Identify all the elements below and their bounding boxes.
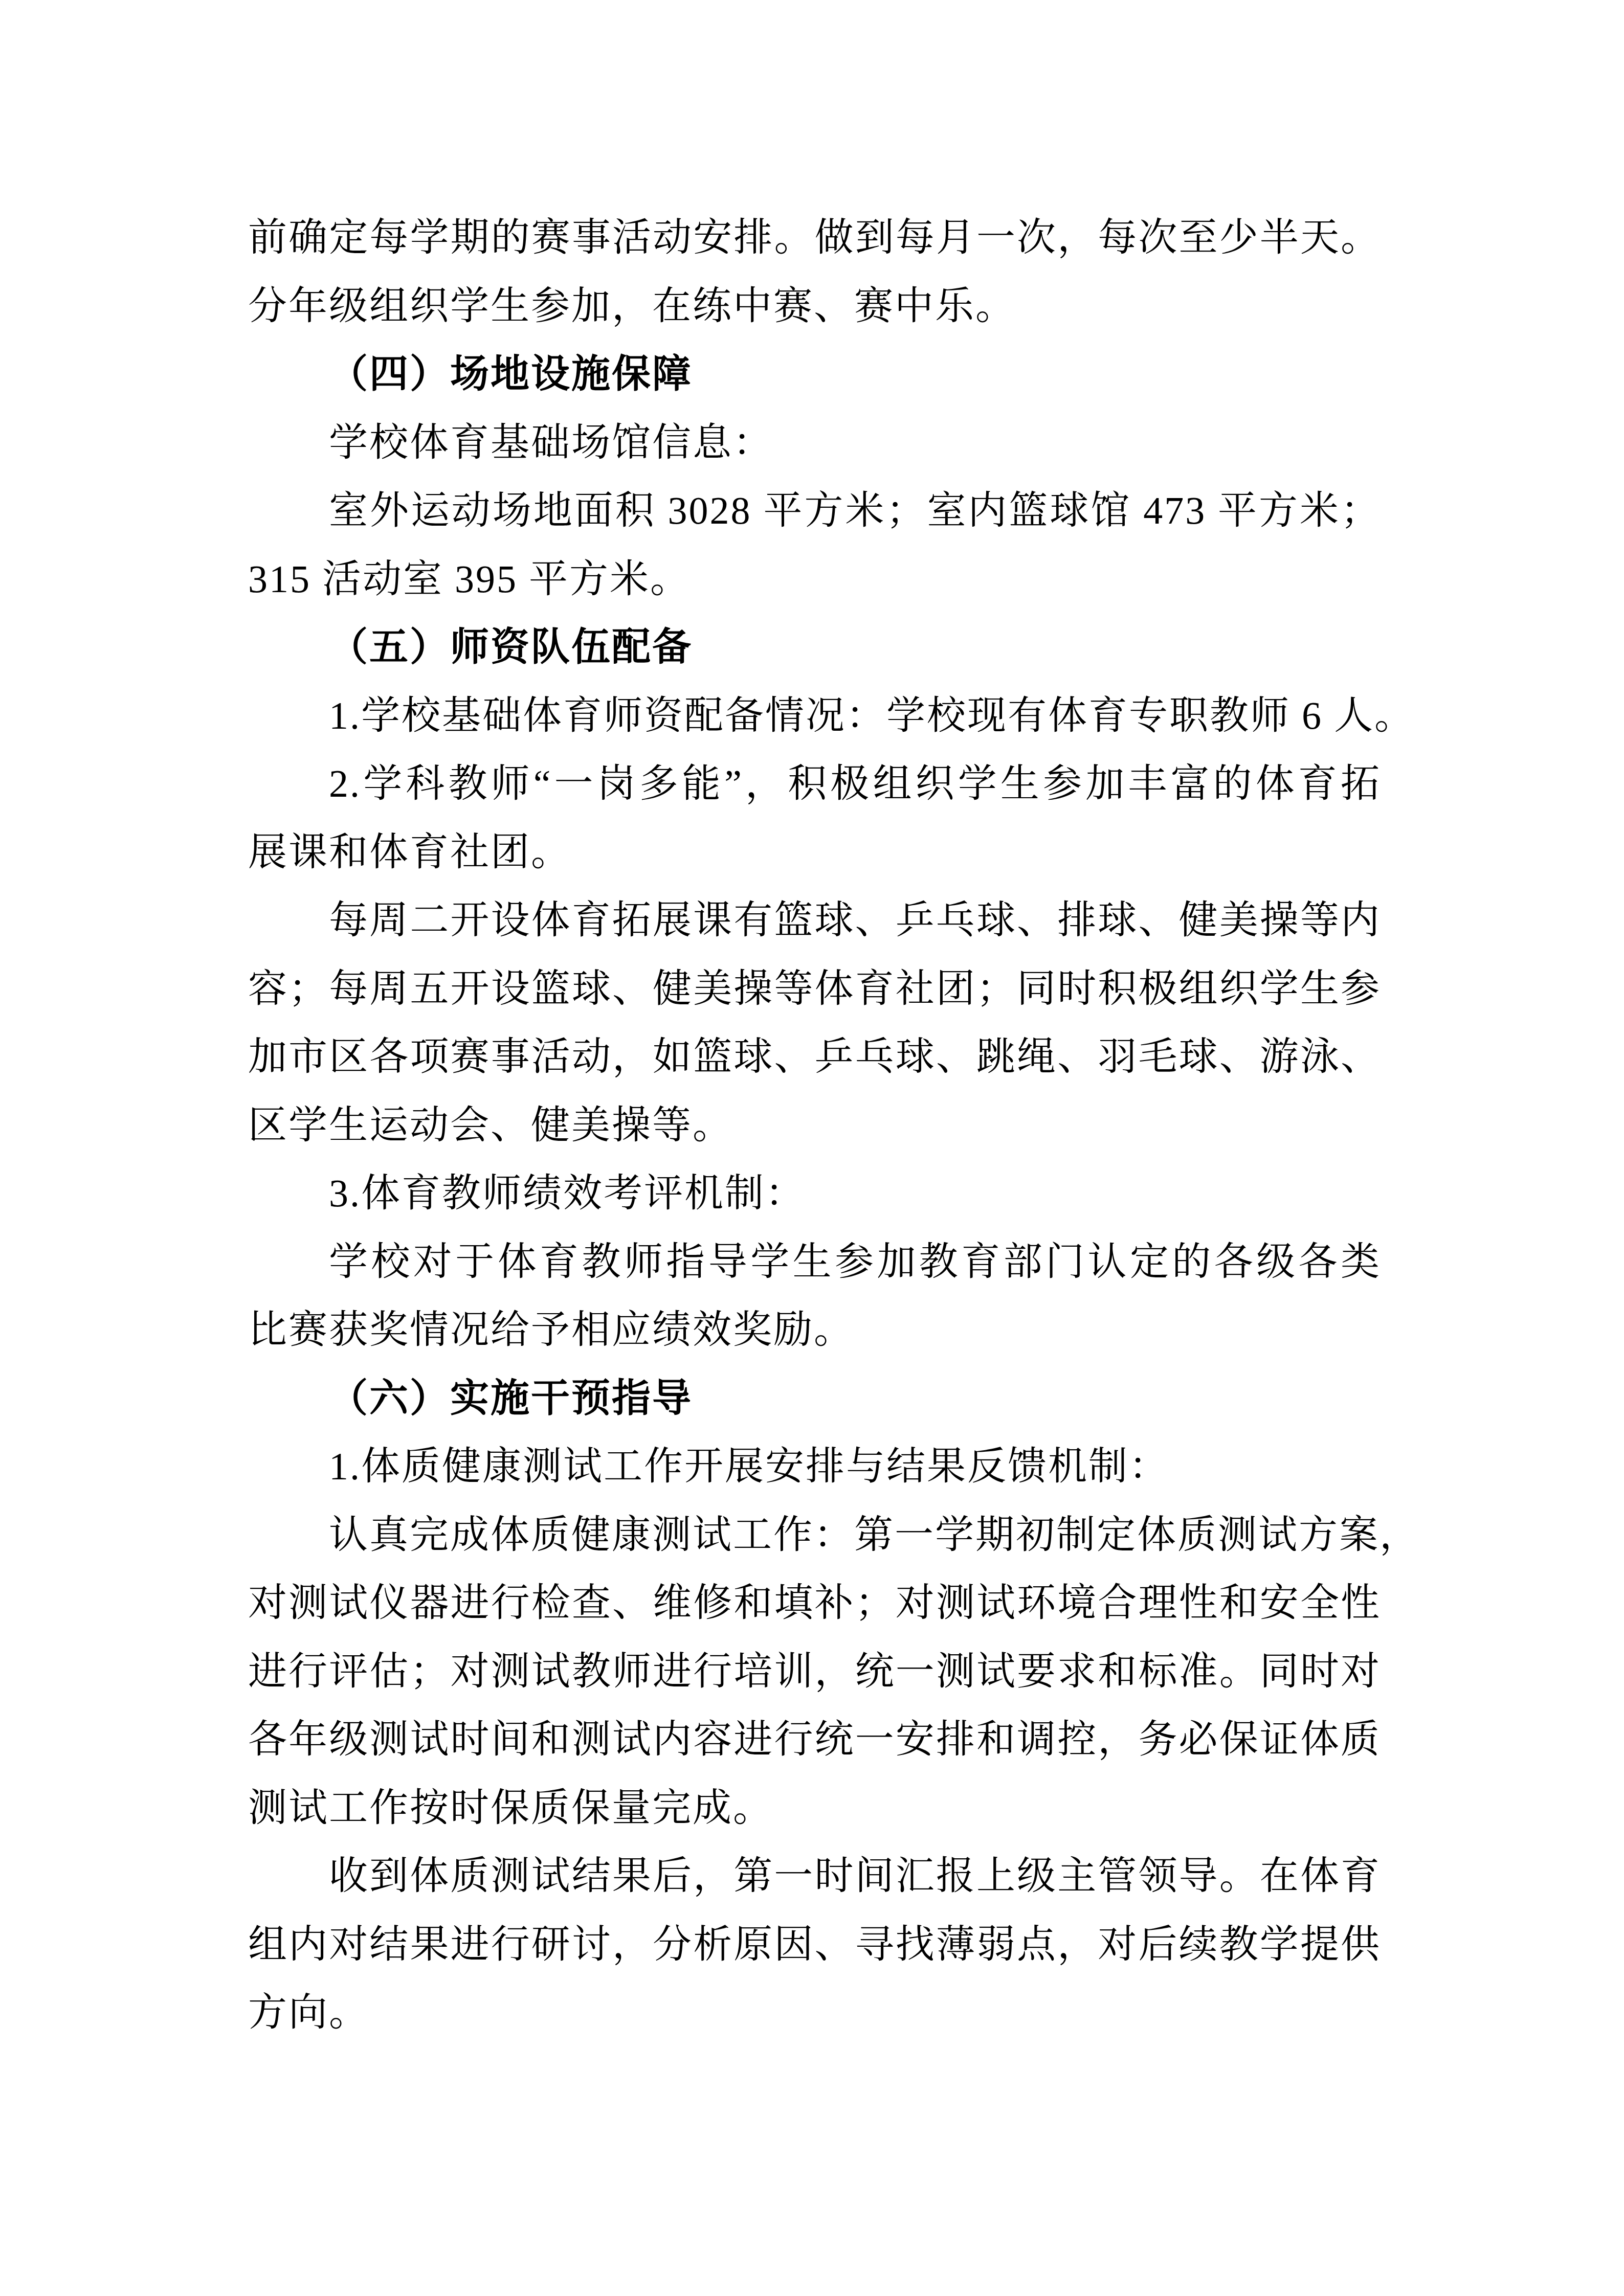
document-line: 各年级测试时间和测试内容进行统一安排和调控，务必保证体质 <box>248 1706 1381 1774</box>
document-line: 加市区各项赛事活动，如篮球、乒乓球、跳绳、羽毛球、游泳、 <box>248 1023 1381 1092</box>
document-line: （四）场地设施保障 <box>248 341 1381 409</box>
document-line: 每周二开设体育拓展课有篮球、乒乓球、排球、健美操等内 <box>248 887 1381 955</box>
document-line: 区学生运动会、健美操等。 <box>248 1092 1381 1160</box>
document-line: 认真完成体质健康测试工作：第一学期初制定体质测试方案， <box>248 1501 1381 1570</box>
document-page: { "page": { "background": "#ffffff", "te… <box>0 0 1624 2296</box>
document-line: 进行评估；对测试教师进行培训，统一测试要求和标准。同时对 <box>248 1638 1381 1706</box>
document-line: （五）师资队伍配备 <box>248 614 1381 682</box>
document-line: 分年级组织学生参加，在练中赛、赛中乐。 <box>248 273 1381 341</box>
document-line: 3.体育教师绩效考评机制： <box>248 1160 1381 1228</box>
document-line: 收到体质测试结果后，第一时间汇报上级主管领导。在体育 <box>248 1842 1381 1911</box>
document-line: （六）实施干预指导 <box>248 1365 1381 1433</box>
document-line: 展课和体育社团。 <box>248 819 1381 887</box>
document-line: 容；每周五开设篮球、健美操等体育社团；同时积极组织学生参 <box>248 955 1381 1024</box>
document-line: 比赛获奖情况给予相应绩效奖励。 <box>248 1296 1381 1365</box>
document-line: 1.学校基础体育师资配备情况：学校现有体育专职教师 6 人。 <box>248 682 1381 751</box>
document-line: 方向。 <box>248 1979 1381 2047</box>
document-line: 315 活动室 395 平方米。 <box>248 546 1381 614</box>
document-line: 测试工作按时保质保量完成。 <box>248 1774 1381 1843</box>
document-line: 1.体质健康测试工作开展安排与结果反馈机制： <box>248 1433 1381 1501</box>
document-line: 前确定每学期的赛事活动安排。做到每月一次，每次至少半天。 <box>248 204 1381 273</box>
document-line: 组内对结果进行研讨，分析原因、寻找薄弱点，对后续教学提供 <box>248 1911 1381 1979</box>
document-line: 学校体育基础场馆信息： <box>248 409 1381 478</box>
document-sheet: 前确定每学期的赛事活动安排。做到每月一次，每次至少半天。分年级组织学生参加，在练… <box>0 0 1624 2296</box>
document-line: 室外运动场地面积 3028 平方米；室内篮球馆 473 平方米； <box>248 477 1381 546</box>
document-line: 对测试仪器进行检查、维修和填补；对测试环境合理性和安全性 <box>248 1569 1381 1638</box>
document-body-text: 前确定每学期的赛事活动安排。做到每月一次，每次至少半天。分年级组织学生参加，在练… <box>248 204 1381 2047</box>
document-line: 学校对于体育教师指导学生参加教育部门认定的各级各类 <box>248 1228 1381 1297</box>
document-line: 2.学科教师“一岗多能”，积极组织学生参加丰富的体育拓 <box>248 750 1381 819</box>
